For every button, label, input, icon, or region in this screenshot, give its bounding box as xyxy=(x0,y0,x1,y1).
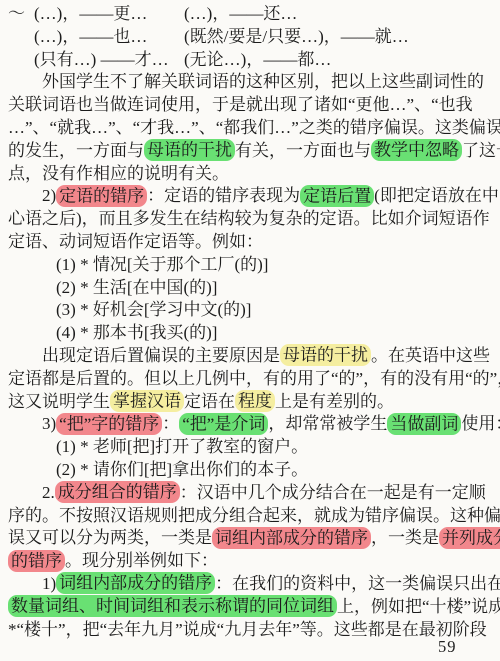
highlight-green: 当做副词 xyxy=(387,413,461,435)
text-line: (1) * 老师[把]打开了教室的窗户。 xyxy=(8,436,492,459)
text-line: (4) * 那本书[我买(的)] xyxy=(8,322,492,345)
text-line: 2.成分组合的错序：汉语中几个成分结合在一起是有一定顺 xyxy=(8,482,492,505)
pattern-left: (…)，——更… xyxy=(34,3,184,26)
text-run: 序的。不按照汉语规则把成分组合起来，就成为错序偏误。这种偏 xyxy=(8,506,500,525)
text-run: 上是有差别的。 xyxy=(275,392,394,411)
text-line: *“楼十”，把“去年九月”说成“九月去年”等。这些都是在最初阶段 xyxy=(8,619,492,642)
text-line: 3)“把”字的错序：“把”是介词，却常常被学生当做副词使用： xyxy=(8,413,492,436)
highlight-pink: 并列成分 xyxy=(439,527,500,549)
highlight-green: “把”是介词 xyxy=(179,413,268,435)
text-run: (2) * 生活[在中国(的)] xyxy=(56,278,217,297)
text-line: 这又说明学生掌握汉语定语在程度上是有差别的。 xyxy=(8,391,492,414)
highlight-pink: 定语的错序 xyxy=(56,185,147,207)
text-line: 误又可以分为两类，一类是词组内部成分的错序，一类是并列成分 xyxy=(8,527,492,550)
margin-tilde-mark xyxy=(8,49,34,72)
text-run: ：在我们的资料中，这一类偏误只出在 xyxy=(215,574,500,593)
text-run: 这又说明学生 xyxy=(8,392,110,411)
text-run: 2) xyxy=(42,186,56,205)
text-line: 点，没有作相应的说明有关。 xyxy=(8,163,492,186)
pattern-right: (既然/要是/只要…)，——就… xyxy=(184,26,409,49)
text-run: ，一类是 xyxy=(371,528,439,547)
margin-tilde-mark xyxy=(8,26,34,49)
text-run: (4) * 那本书[我买(的)] xyxy=(56,323,217,342)
text-run: ，却常常被学生 xyxy=(268,414,387,433)
text-run: 使用： xyxy=(461,414,500,433)
highlight-green: 词组内部成分的错序 xyxy=(56,572,215,594)
text-run: 定语在 xyxy=(184,392,235,411)
highlight-green: 数量词组、时间词组和表示称谓的同位词组 xyxy=(8,595,337,617)
text-line: 心语之后)，而且多发生在结构较为复杂的定语。比如介词短语作 xyxy=(8,208,492,231)
text-run: 2. xyxy=(42,483,55,502)
highlight-yellow: 程度 xyxy=(235,390,275,412)
text-run: 出现定语后置偏误的主要原因是 xyxy=(42,346,280,365)
highlight-pink: “把”字的错序 xyxy=(56,413,162,435)
text-line: 1)词组内部成分的错序：在我们的资料中，这一类偏误只出在 xyxy=(8,573,492,596)
text-run: 外国学生不了解关联词语的这种区别，把以上这些副词性的 xyxy=(42,72,484,91)
text-run: (即把定语放在中 xyxy=(374,186,499,205)
page-number: 59 xyxy=(438,637,457,657)
text-line: (3) * 好机会[学习中文(的)] xyxy=(8,299,492,322)
text-line: (…)，——也…(既然/要是/只要…)，——就… xyxy=(8,26,492,49)
text-line: 定语、动词短语作定语等。例如： xyxy=(8,231,492,254)
highlight-green: 定语后置 xyxy=(300,185,374,207)
text-run: 有关，一方面也与 xyxy=(235,141,371,160)
margin-tilde-mark: ～ xyxy=(8,3,34,26)
text-run: 的发生，一方面与 xyxy=(8,141,144,160)
highlight-yellow: 掌握汉语 xyxy=(110,390,184,412)
text-line: 出现定语后置偏误的主要原因是母语的干扰。在英语中这些 xyxy=(8,345,492,368)
text-line: (1) * 情况[关于那个工厂(的)] xyxy=(8,254,492,277)
text-run: 点，没有作相应的说明有关。 xyxy=(8,164,229,183)
text-line: (2) * 生活[在中国(的)] xyxy=(8,277,492,300)
text-run: (2) * 请你们[把]拿出你们的本子。 xyxy=(56,460,308,479)
text-run: ：定语的错序表现为 xyxy=(147,186,300,205)
text-line: …”、“就我…”、“才我…”、“都我们…”之类的错序偏误。这类偏误 xyxy=(8,117,492,140)
text-line: (只有…) ——才…(无论…)，——都… xyxy=(8,49,492,72)
text-line: 数量词组、时间词组和表示称谓的同位词组上，例如把“十楼”说成 xyxy=(8,596,492,619)
text-run: ： xyxy=(162,414,179,433)
pattern-right: (…)，——还… xyxy=(184,3,297,26)
text-run: 了这一 xyxy=(462,141,500,160)
text-line: 2)定语的错序：定语的错序表现为定语后置(即把定语放在中 xyxy=(8,185,492,208)
highlight-pink: 成分组合的错序 xyxy=(55,481,180,503)
text-run: ：汉语中几个成分结合在一起是有一定顺 xyxy=(180,483,486,502)
pattern-right: (无论…)，——都… xyxy=(184,49,331,72)
text-line: (2) * 请你们[把]拿出你们的本子。 xyxy=(8,459,492,482)
text-run: 。在英语中这些 xyxy=(371,346,490,365)
text-run: 心语之后)，而且多发生在结构较为复杂的定语。比如介词短语作 xyxy=(8,209,490,228)
text-line: 定语都是后置的。但以上几例中，有的用了“的”，有的没有用“的”， xyxy=(8,368,492,391)
text-run: 误又可以分为两类，一类是 xyxy=(8,528,212,547)
text-line: 序的。不按照汉语规则把成分组合起来，就成为错序偏误。这种偏 xyxy=(8,505,492,528)
pattern-left: (…)，——也… xyxy=(34,26,184,49)
text-line: 的发生，一方面与母语的干扰有关，一方面也与教学中忽略了这一 xyxy=(8,140,492,163)
text-run: (1) * 老师[把]打开了教室的窗户。 xyxy=(56,437,308,456)
text-run: *“楼十”，把“去年九月”说成“九月去年”等。这些都是在最初阶段 xyxy=(8,620,487,639)
highlight-pink: 的错序 xyxy=(8,550,65,572)
text-content: ～(…)，——更…(…)，——还…(…)，——也…(既然/要是/只要…)，——就… xyxy=(8,3,492,641)
text-run: 。现分别举例如下： xyxy=(65,551,218,570)
document-page: ～(…)，——更…(…)，——还…(…)，——也…(既然/要是/只要…)，——就… xyxy=(0,0,500,661)
text-line: 关联词语也当做连词使用，于是就出现了诸如“更他…”、“也我 xyxy=(8,94,492,117)
text-run: …”、“就我…”、“才我…”、“都我们…”之类的错序偏误。这类偏误 xyxy=(8,118,500,137)
text-run: (3) * 好机会[学习中文(的)] xyxy=(56,300,251,319)
text-run: 1) xyxy=(42,574,56,593)
text-run: 定语、动词短语作定语等。例如： xyxy=(8,232,263,251)
text-run: 关联词语也当做连词使用，于是就出现了诸如“更他…”、“也我 xyxy=(8,95,473,114)
highlight-green: 母语的干扰 xyxy=(144,139,235,161)
text-line: ～(…)，——更…(…)，——还… xyxy=(8,3,492,26)
highlight-green: 教学中忽略 xyxy=(371,139,462,161)
text-run: 上，例如把“十楼”说成 xyxy=(337,597,500,616)
highlight-yellow: 母语的干扰 xyxy=(280,344,371,366)
highlight-pink: 词组内部成分的错序 xyxy=(212,527,371,549)
text-run: (1) * 情况[关于那个工厂(的)] xyxy=(56,255,268,274)
text-line: 外国学生不了解关联词语的这种区别，把以上这些副词性的 xyxy=(8,71,492,94)
pattern-left: (只有…) ——才… xyxy=(34,49,184,72)
text-run: 定语都是后置的。但以上几例中，有的用了“的”，有的没有用“的”， xyxy=(8,369,500,388)
text-line: 的错序。现分别举例如下： xyxy=(8,550,492,573)
text-run: 3) xyxy=(42,414,56,433)
